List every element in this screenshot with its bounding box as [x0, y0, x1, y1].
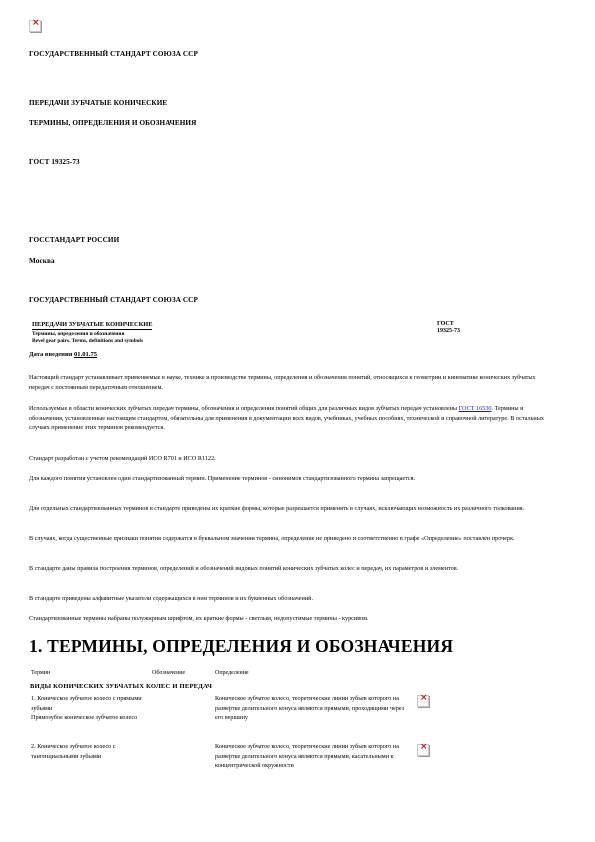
intro-paragraph-5: Для отдельных стандартизованных терминов… [29, 504, 549, 514]
intro-paragraph-4: Для каждого понятия установлен один стан… [29, 474, 549, 484]
standard-org: ГОСУДАРСТВЕННЫЙ СТАНДАРТ СОЮЗА ССР [29, 296, 198, 304]
cover-title-line1: ПЕРЕДАЧИ ЗУБЧАТЫЕ КОНИЧЕСКИЕ [29, 99, 167, 107]
column-header-definition: Определение [215, 670, 249, 676]
broken-image-icon [417, 744, 429, 756]
broken-image-icon [417, 695, 429, 707]
section-heading: 1. ТЕРМИНЫ, ОПРЕДЕЛЕНИЯ И ОБОЗНАЧЕНИЯ [29, 636, 453, 657]
gost-label: ГОСТ [437, 321, 460, 328]
cover-org: ГОСУДАРСТВЕННЫЙ СТАНДАРТ СОЮЗА ССР [29, 50, 198, 58]
intro-paragraph-7: В стандарте даны правила построения терм… [29, 564, 549, 574]
intro-paragraph-3: Стандарт разработан с учетом рекомендаци… [29, 454, 549, 464]
broken-image-icon [29, 20, 41, 32]
intro-p2-text-before: Используемые в области конических зубчат… [29, 405, 459, 412]
table-row-term: 2. Коническое зубчатое колесо с тангенци… [31, 742, 161, 761]
cover-code: ГОСТ 19325-73 [29, 158, 80, 166]
date-value-link[interactable]: 01.01.75 [74, 351, 97, 358]
cover-city: Москва [29, 257, 55, 265]
gost-number: 19325-73 [437, 328, 460, 335]
standard-subtitle-en: Bevel gear pairs. Terms, definitions and… [32, 338, 462, 345]
intro-paragraph-6: В случаях, когда существенные признаки п… [29, 534, 549, 544]
term-name: 1. Коническое зубчатое колесо с прямыми … [31, 694, 161, 713]
intro-paragraph-1: Настоящий стандарт устанавливает применя… [29, 373, 549, 392]
standard-gost-box: ГОСТ 19325-73 [437, 321, 460, 336]
cover-publisher: ГОССТАНДАРТ РОССИИ [29, 236, 119, 244]
term-short-form: Прямозубое коническое зубчатое колесо [31, 713, 161, 723]
table-row-definition: Коническое зубчатое колесо, теоретически… [215, 694, 405, 723]
date-label: Дата введения [29, 351, 72, 358]
gost-16530-link[interactable]: ГОСТ 16530 [459, 405, 492, 412]
table-row-definition: Коническое зубчатое колесо, теоретически… [215, 742, 405, 771]
intro-paragraph-2: Используемые в области конических зубчат… [29, 404, 549, 433]
standard-title: ПЕРЕДАЧИ ЗУБЧАТЫЕ КОНИЧЕСКИЕ [32, 321, 152, 330]
intro-paragraph-8: В стандарте приведены алфавитные указате… [29, 594, 549, 604]
cover-title-line2: ТЕРМИНЫ, ОПРЕДЕЛЕНИЯ И ОБОЗНАЧЕНИЯ [29, 119, 196, 127]
group-title: ВИДЫ КОНИЧЕСКИХ ЗУБЧАТЫХ КОЛЕС И ПЕРЕДАЧ [30, 683, 212, 690]
standard-title-block: ПЕРЕДАЧИ ЗУБЧАТЫЕ КОНИЧЕСКИЕ Термины, оп… [32, 313, 462, 345]
effective-date: Дата введения 01.01.75 [29, 351, 97, 358]
term-name: 2. Коническое зубчатое колесо с тангенци… [31, 742, 161, 761]
table-row-term: 1. Коническое зубчатое колесо с прямыми … [31, 694, 161, 723]
column-header-term: Термин [31, 670, 50, 676]
standard-subtitle-ru: Термины, определения и обозначения [32, 331, 462, 338]
intro-paragraph-9: Стандартизованные термины набраны полужи… [29, 614, 549, 624]
column-header-symbol: Обозначение [152, 670, 185, 676]
